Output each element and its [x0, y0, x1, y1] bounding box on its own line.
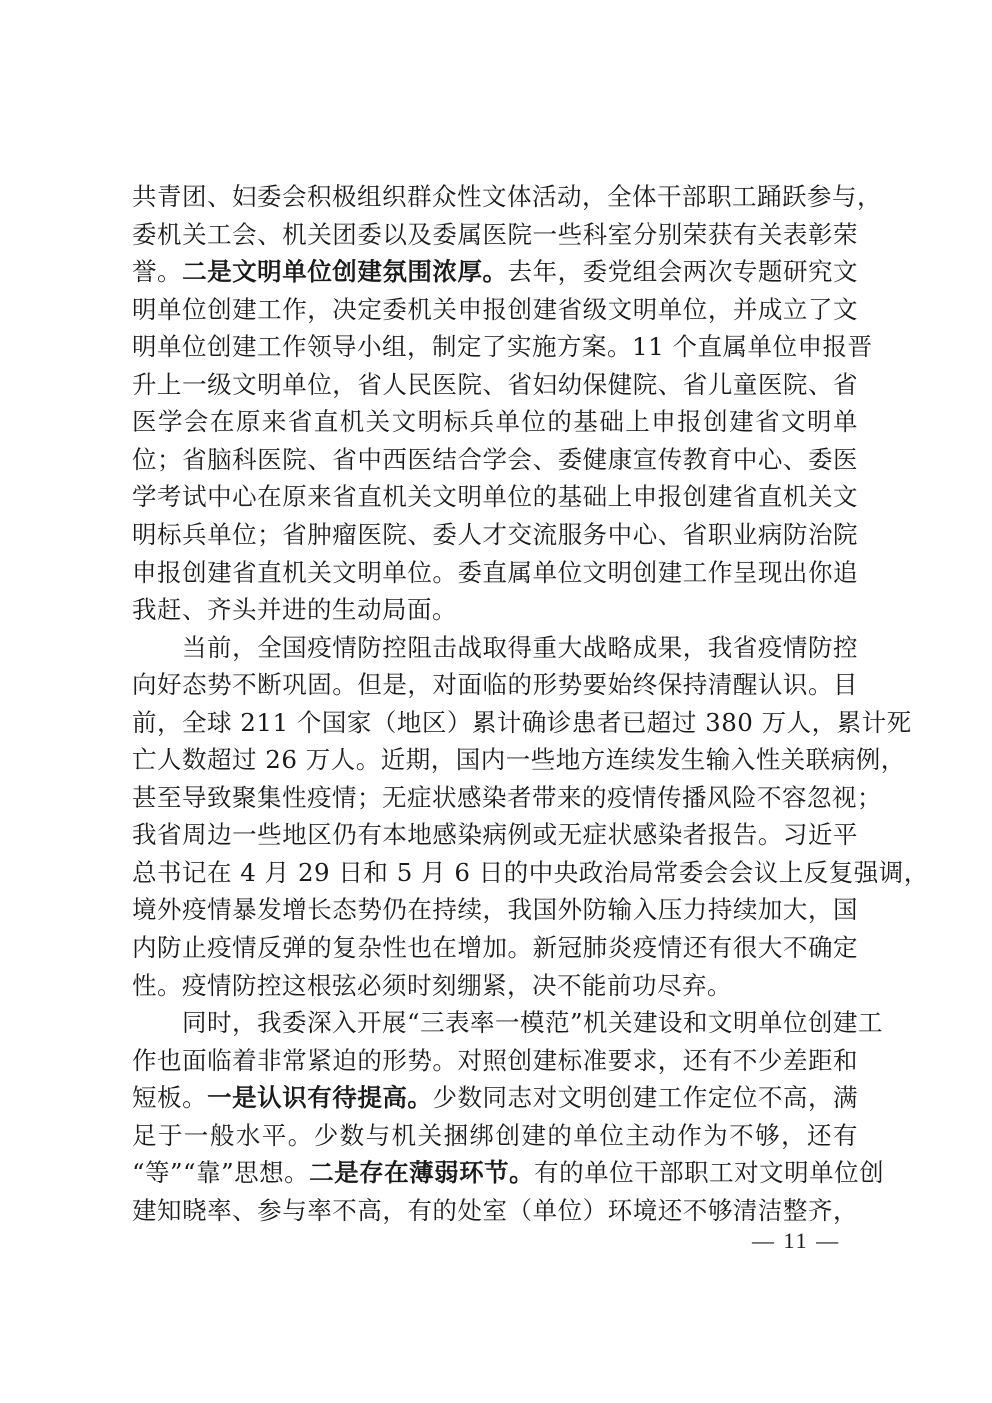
text-line: 誉。二是文明单位创建氛围浓厚。去年，委党组会两次专题研究文	[132, 253, 858, 291]
text-span: 建知晓率、参与率不高，有的处室（单位）环境还不够清洁整齐，	[132, 1196, 858, 1225]
text-line: 甚至导致聚集性疫情；无症状感染者带来的疫情传播风险不容忽视；	[132, 779, 858, 817]
bold-heading-phrase: 一是认识有待提高。	[207, 1083, 432, 1112]
text-span: 甚至导致聚集性疫情；无症状感染者带来的疫情传播风险不容忽视；	[132, 783, 882, 812]
text-line: 总书记在 4 月 29 日和 5 月 6 日的中央政治局常委会会议上反复强调，	[132, 854, 858, 892]
bold-heading-phrase: 二是文明单位创建氛围浓厚。	[182, 257, 507, 286]
document-page: 共青团、妇委会积极组织群众性文体活动，全体干部职工踊跃参与，委机关工会、机关团委…	[0, 0, 992, 1403]
text-line: 当前，全国疫情防控阻击战取得重大战略成果，我省疫情防控	[132, 629, 858, 667]
text-line: 申报创建省直机关文明单位。委直属单位文明创建工作呈现出你追	[132, 554, 858, 592]
text-span: 升上一级文明单位，省人民医院、省妇幼保健院、省儿童医院、省	[132, 370, 858, 399]
text-span: 足于一般水平。少数与机关捆绑创建的单位主动作为不够，还有	[132, 1121, 858, 1150]
text-span: 我赶、齐头并进的生动局面。	[132, 595, 457, 624]
text-span: 向好态势不断巩固。但是，对面临的形势要始终保持清醒认识。目	[132, 670, 858, 699]
text-line: 我省周边一些地区仍有本地感染病例或无症状感染者报告。习近平	[132, 816, 858, 854]
text-line: 境外疫情暴发增长态势仍在持续，我国外防输入压力持续加大，国	[132, 891, 858, 929]
text-span: 位；省脑科医院、省中西医结合学会、委健康宣传教育中心、委医	[132, 445, 858, 474]
text-line: 同时，我委深入开展“三表率一模范”机关建设和文明单位创建工	[132, 1004, 858, 1042]
text-span: 内防止疫情反弹的复杂性也在增加。新冠肺炎疫情还有很大不确定	[132, 933, 858, 962]
text-span: 去年，委党组会两次专题研究文	[508, 257, 858, 286]
text-line: 共青团、妇委会积极组织群众性文体活动，全体干部职工踊跃参与，	[132, 178, 858, 216]
text-span: 少数同志对文明创建工作定位不高，满	[432, 1083, 858, 1112]
text-line: 委机关工会、机关团委以及委属医院一些科室分别荣获有关表彰荣	[132, 216, 858, 254]
text-line: “等”“靠”思想。二是存在薄弱环节。有的单位干部职工对文明单位创	[132, 1154, 858, 1192]
text-line: 明单位创建工作，决定委机关申报创建省级文明单位，并成立了文	[132, 291, 858, 329]
text-line: 前，全球 211 个国家（地区）累计确诊患者已超过 380 万人，累计死	[132, 704, 858, 742]
text-span: 医学会在原来省直机关文明标兵单位的基础上申报创建省文明单	[132, 407, 858, 436]
text-line: 位；省脑科医院、省中西医结合学会、委健康宣传教育中心、委医	[132, 441, 858, 479]
text-span: 有的单位干部职工对文明单位创	[534, 1158, 884, 1187]
text-line: 医学会在原来省直机关文明标兵单位的基础上申报创建省文明单	[132, 403, 858, 441]
text-span: 性。疫情防控这根弦必须时刻绷紧，决不能前功尽弃。	[132, 971, 732, 1000]
text-span: 我省周边一些地区仍有本地感染病例或无症状感染者报告。习近平	[132, 820, 858, 849]
page-number: — 11 —	[752, 1226, 840, 1256]
text-span: 共青团、妇委会积极组织群众性文体活动，全体干部职工踊跃参与，	[132, 182, 882, 211]
text-line: 我赶、齐头并进的生动局面。	[132, 591, 858, 629]
text-span: 明单位创建工作领导小组，制定了实施方案。11 个直属单位申报晋	[132, 332, 872, 361]
text-line: 足于一般水平。少数与机关捆绑创建的单位主动作为不够，还有	[132, 1117, 858, 1155]
text-span: 作也面临着非常紧迫的形势。对照创建标准要求，还有不少差距和	[132, 1046, 858, 1075]
text-line: 学考试中心在原来省直机关文明单位的基础上申报创建省直机关文	[132, 478, 858, 516]
text-line: 性。疫情防控这根弦必须时刻绷紧，决不能前功尽弃。	[132, 967, 858, 1005]
text-line: 短板。一是认识有待提高。少数同志对文明创建工作定位不高，满	[132, 1079, 858, 1117]
text-line: 建知晓率、参与率不高，有的处室（单位）环境还不够清洁整齐，	[132, 1192, 858, 1230]
text-span: 同时，我委深入开展“三表率一模范”机关建设和文明单位创建工	[182, 1008, 883, 1037]
text-span: 总书记在 4 月 29 日和 5 月 6 日的中央政治局常委会会议上反复强调，	[132, 858, 929, 887]
text-line: 内防止疫情反弹的复杂性也在增加。新冠肺炎疫情还有很大不确定	[132, 929, 858, 967]
text-span: “等”“靠”思想。	[132, 1158, 309, 1187]
text-span: 学考试中心在原来省直机关文明单位的基础上申报创建省直机关文	[132, 482, 858, 511]
text-span: 境外疫情暴发增长态势仍在持续，我国外防输入压力持续加大，国	[132, 895, 858, 924]
text-line: 明单位创建工作领导小组，制定了实施方案。11 个直属单位申报晋	[132, 328, 858, 366]
text-span: 明单位创建工作，决定委机关申报创建省级文明单位，并成立了文	[132, 295, 858, 324]
text-span: 誉。	[132, 257, 182, 286]
bold-heading-phrase: 二是存在薄弱环节。	[309, 1158, 534, 1187]
text-span: 当前，全国疫情防控阻击战取得重大战略成果，我省疫情防控	[182, 633, 858, 662]
text-span: 委机关工会、机关团委以及委属医院一些科室分别荣获有关表彰荣	[132, 220, 858, 249]
text-line: 向好态势不断巩固。但是，对面临的形势要始终保持清醒认识。目	[132, 666, 858, 704]
text-span: 申报创建省直机关文明单位。委直属单位文明创建工作呈现出你追	[132, 558, 858, 587]
text-span: 前，全球 211 个国家（地区）累计确诊患者已超过 380 万人，累计死	[132, 708, 912, 737]
text-span: 明标兵单位；省肿瘤医院、委人才交流服务中心、省职业病防治院	[132, 520, 858, 549]
text-span: 短板。	[132, 1083, 207, 1112]
text-line: 亡人数超过 26 万人。近期，国内一些地方连续发生输入性关联病例，	[132, 741, 858, 779]
text-line: 明标兵单位；省肿瘤医院、委人才交流服务中心、省职业病防治院	[132, 516, 858, 554]
text-line: 作也面临着非常紧迫的形势。对照创建标准要求，还有不少差距和	[132, 1042, 858, 1080]
text-span: 亡人数超过 26 万人。近期，国内一些地方连续发生输入性关联病例，	[132, 745, 906, 774]
text-line: 升上一级文明单位，省人民医院、省妇幼保健院、省儿童医院、省	[132, 366, 858, 404]
